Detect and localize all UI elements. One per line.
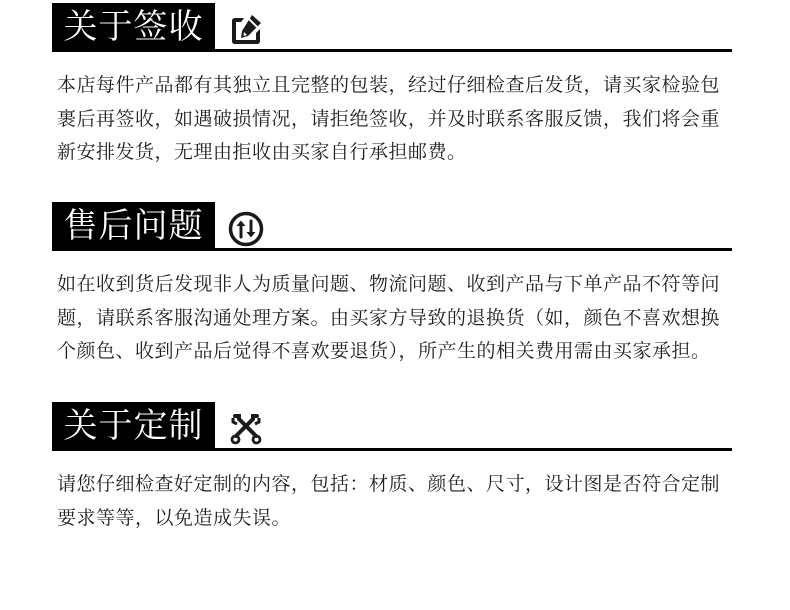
- section-customization: 关于定制 请您仔细检查好定制的内容，包括：材质、颜色、尺寸，设计图是否符合定制要…: [52, 402, 732, 535]
- section-paragraph: 如在收到货后发现非人为质量问题、物流问题、收到产品与下单产品不符等问题，请联系客…: [57, 268, 739, 369]
- section-after-sales: 售后问题 如在收到货后发现非人为质量问题、物流问题、收到产品与下单产品不符等问题…: [52, 202, 732, 369]
- section-title: 关于定制: [52, 402, 215, 451]
- exchange-icon: [227, 210, 265, 248]
- policy-page: 关于签收 本店每件产品都有其独立且完整的包装，经过仔细检查后发货，请买家检验包裹…: [0, 0, 790, 610]
- section-paragraph: 请您仔细检查好定制的内容，包括：材质、颜色、尺寸，设计图是否符合定制要求等等，以…: [57, 468, 739, 535]
- section-header: 关于定制: [52, 402, 732, 452]
- section-paragraph: 本店每件产品都有其独立且完整的包装，经过仔细检查后发货，请买家检验包裹后再签收，…: [57, 69, 739, 170]
- section-title: 售后问题: [52, 202, 215, 251]
- section-title: 关于签收: [52, 3, 215, 52]
- section-signing: 关于签收 本店每件产品都有其独立且完整的包装，经过仔细检查后发货，请买家检验包裹…: [52, 3, 732, 170]
- edit-icon: [227, 11, 265, 49]
- section-header: 关于签收: [52, 3, 732, 53]
- section-header: 售后问题: [52, 202, 732, 252]
- tools-icon: [227, 410, 265, 448]
